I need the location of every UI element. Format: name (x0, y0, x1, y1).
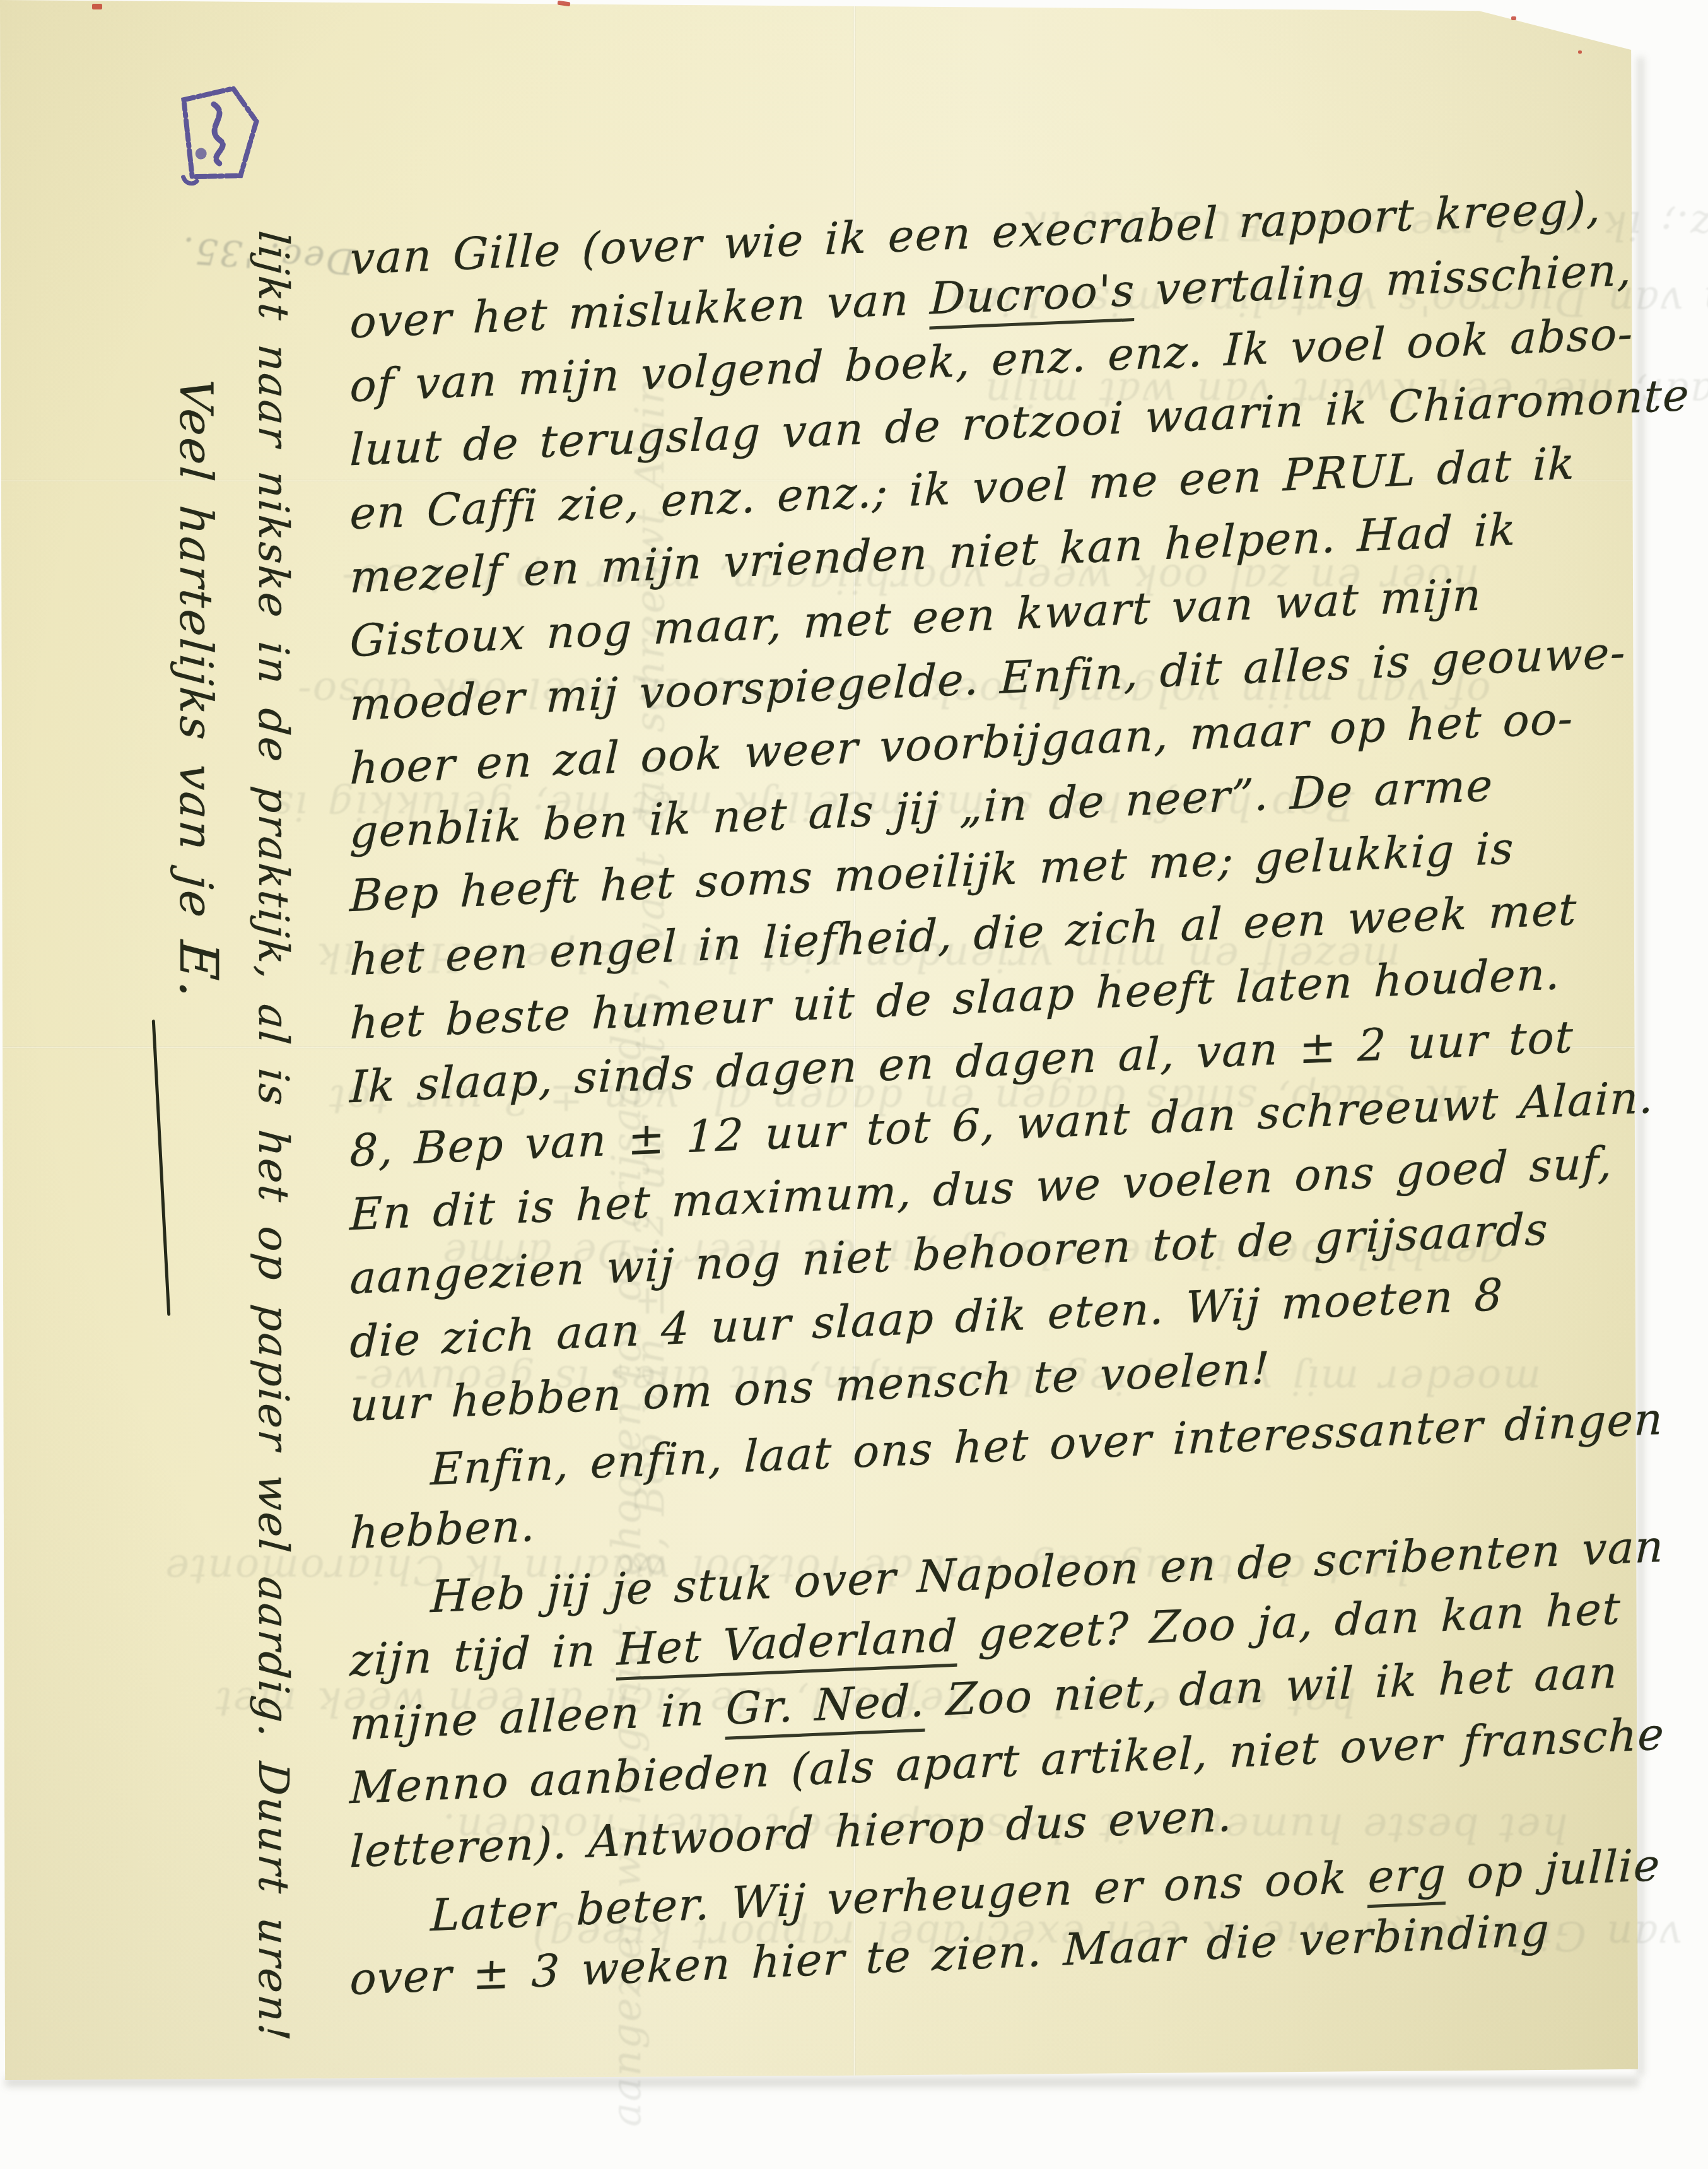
margin-note-block: lijkt naar nikske in de praktijk, al is … (135, 212, 298, 2004)
underlined-word: Gr. Ned. (725, 1675, 926, 1740)
signature-initial: E. (168, 939, 230, 1002)
signature-flourish (152, 1020, 171, 1316)
letter-line: hebben. (349, 1495, 537, 1563)
margin-note-line: lijkt naar nikske in de praktijk, al is … (249, 229, 298, 2043)
underlined-word: erg (1367, 1848, 1448, 1908)
underlined-word: Ducroo's (929, 264, 1136, 330)
closing-line: Veel hartelijks van jeE. (168, 377, 230, 1002)
closing-text: Veel hartelijks van je (170, 377, 223, 921)
underlined-word: Het Vaderland (616, 1609, 959, 1680)
scanned-letter-page: en Caffi zie, enz. enz.; ik voel me een … (0, 0, 1708, 2169)
